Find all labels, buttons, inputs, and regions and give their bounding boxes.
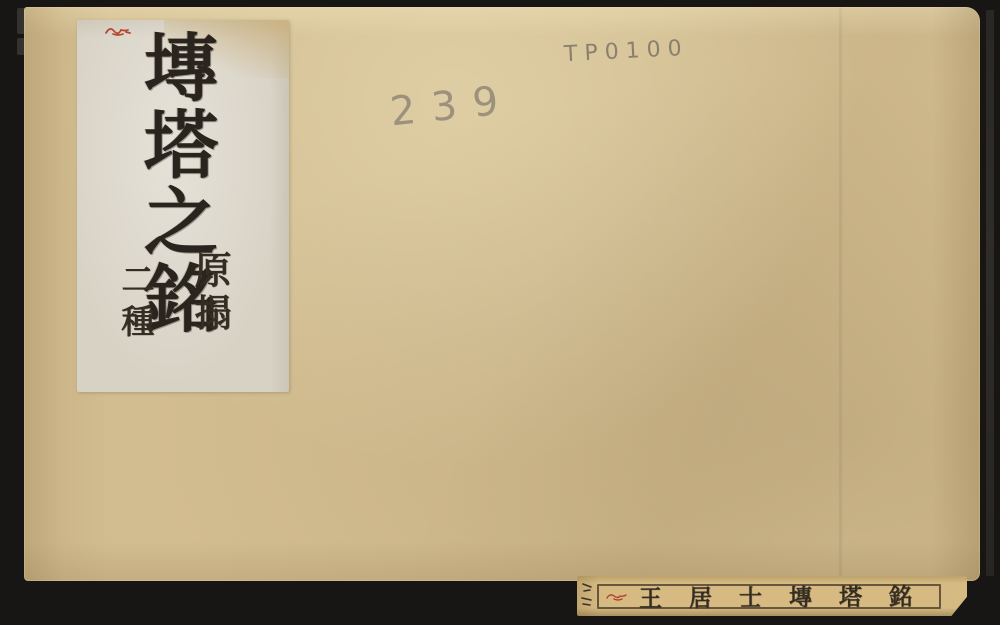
slip-red-mark [605,591,629,603]
subtitle-char: 種 [107,302,169,344]
strip-edge-marks [579,580,595,610]
subtitle-column-right: 原 搨 [173,250,253,336]
scanned-book-cover: 塼 塔 之 銘 二 種 原 搨 TP0100 239 王居士塼塔銘 [0,0,1000,625]
volume-title-slip: 王居士塼塔銘 [597,584,941,609]
title-char: 塼 [105,32,257,109]
book-cover: 塼 塔 之 銘 二 種 原 搨 TP0100 239 [24,7,980,581]
pencil-shelfmark: TP0100 [563,36,689,67]
underlying-volume-edge: 王居士塼塔銘 [577,576,967,616]
pencil-number: 239 [388,77,516,136]
title-label: 塼 塔 之 銘 二 種 原 搨 [77,20,289,392]
subtitle-char: 搨 [173,293,253,336]
subtitle-column-left: 二 種 [107,260,169,344]
subtitle-char: 原 [173,250,253,293]
title-char: 塔 [105,109,257,186]
scan-edge-shadow [986,10,994,576]
volume-title-text: 王居士塼塔銘 [639,585,939,611]
subtitle-char: 二 [107,260,169,302]
